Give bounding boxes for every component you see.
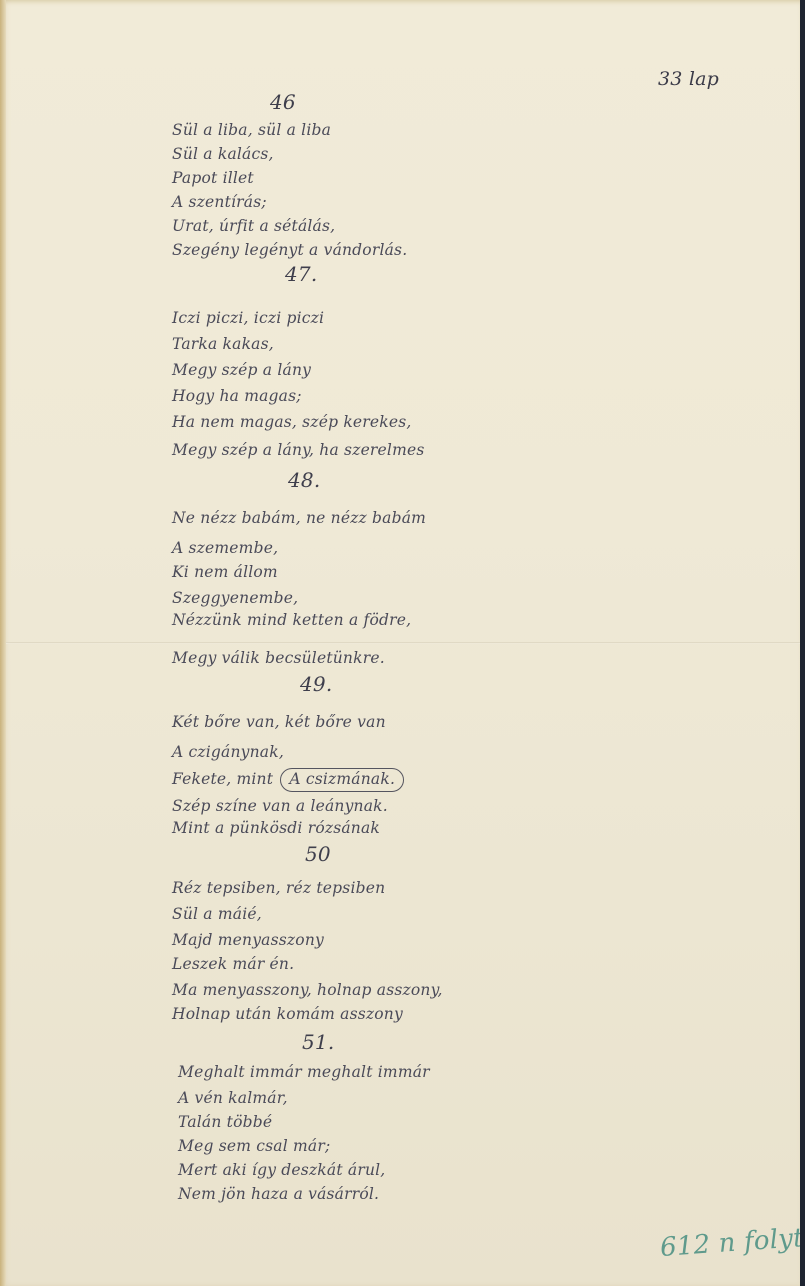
verse-line: Iczi piczi, iczi piczi: [172, 308, 324, 330]
archive-mark: 612 n folyt: [659, 1223, 805, 1263]
verse-line: Ne nézz babám, ne nézz babám: [172, 508, 426, 530]
verse-line: Megy válik becsületünkre.: [172, 648, 385, 670]
verse-line: Nem jön haza a vásárról.: [178, 1184, 379, 1206]
verse-line: Talán többé: [178, 1112, 272, 1134]
verse-line-with-insert: Fekete, mint A csizmának.: [172, 768, 404, 792]
verse-line: A vén kalmár,: [178, 1088, 288, 1110]
verse-line: Ha nem magas, szép kerekes,: [172, 412, 412, 434]
paper-fold-line: [6, 642, 800, 644]
verse-line: Sül a liba, sül a liba: [172, 120, 331, 142]
verse-line: Ma menyasszony, holnap asszony,: [172, 980, 443, 1002]
scan-background-edge: [800, 0, 805, 1286]
verse-line: Szeggyenembe,: [172, 588, 298, 610]
verse-line: Ki nem állom: [172, 562, 278, 584]
page-reference: 33 lap: [658, 68, 719, 90]
verse-line: Szegény legényt a vándorlás.: [172, 240, 407, 262]
verse-line: Szép színe van a leánynak.: [172, 796, 388, 818]
stanza-number: 51.: [302, 1030, 334, 1054]
verse-line: Meg sem csal már;: [178, 1136, 330, 1158]
verse-line: Mert aki így deszkát árul,: [178, 1160, 385, 1182]
verse-line: Réz tepsiben, réz tepsiben: [172, 878, 385, 900]
verse-line: Mint a pünkösdi rózsának: [172, 818, 380, 840]
verse-line: Papot illet: [172, 168, 254, 190]
verse-line: A czigánynak,: [172, 742, 284, 764]
stanza-number: 46: [270, 90, 296, 114]
verse-line: Sül a máié,: [172, 904, 262, 926]
verse-line: Nézzünk mind ketten a födre,: [172, 610, 411, 632]
verse-line: Megy szép a lány, ha szerelmes: [172, 440, 425, 462]
stanza-number: 49.: [300, 672, 332, 696]
verse-line: Urat, úrfit a sétálás,: [172, 216, 335, 238]
verse-line: Majd menyasszony: [172, 930, 324, 952]
verse-line: Leszek már én.: [172, 954, 294, 976]
verse-line: Tarka kakas,: [172, 334, 274, 356]
verse-line: Hogy ha magas;: [172, 386, 302, 408]
verse-line: Meghalt immár meghalt immár: [178, 1062, 430, 1084]
verse-line: Sül a kalács,: [172, 144, 274, 166]
verse-text: Fekete, mint: [172, 770, 273, 788]
stanza-number: 48.: [288, 468, 320, 492]
verse-line: Két bőre van, két bőre van: [172, 712, 386, 734]
verse-line: Holnap után komám asszony: [172, 1004, 403, 1026]
stanza-number: 47.: [285, 262, 317, 286]
circled-insertion: A csizmának.: [280, 768, 404, 792]
verse-line: A szemembe,: [172, 538, 278, 560]
stanza-number: 50: [305, 842, 331, 866]
manuscript-page: 33 lap 46 Sül a liba, sül a liba Sül a k…: [0, 0, 800, 1286]
verse-line: Megy szép a lány: [172, 360, 311, 382]
verse-line: A szentírás;: [172, 192, 267, 214]
